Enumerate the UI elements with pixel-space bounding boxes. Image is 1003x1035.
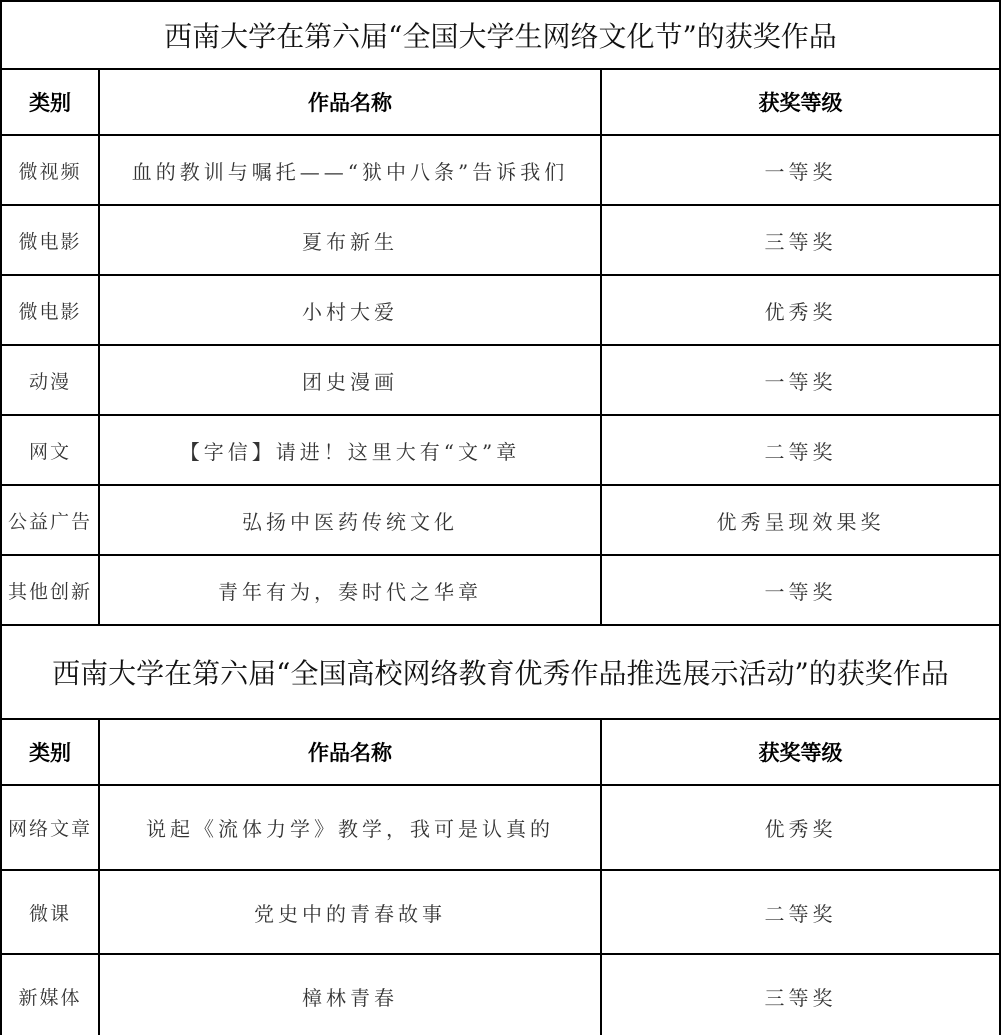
- cell-work: 樟林青春: [100, 955, 602, 1035]
- cell-award: 优秀奖: [602, 276, 999, 344]
- cell-work: 血的教训与嘱托——“狱中八条”告诉我们: [100, 136, 602, 204]
- cell-work: 团史漫画: [100, 346, 602, 414]
- section2-title-row: 西南大学在第六届“全国高校网络教育优秀作品推选展示活动”的获奖作品: [0, 624, 1001, 718]
- cell-work: 说起《流体力学》教学，我可是认真的: [100, 786, 602, 869]
- table-row: 动漫 团史漫画 一等奖: [0, 344, 1001, 414]
- cell-category: 动漫: [2, 346, 100, 414]
- cell-award: 三等奖: [602, 955, 999, 1035]
- cell-category: 网络文章: [2, 786, 100, 869]
- awards-document: 西南大学在第六届“全国大学生网络文化节”的获奖作品 类别 作品名称 获奖等级 微…: [0, 0, 1003, 1035]
- cell-award: 优秀奖: [602, 786, 999, 869]
- cell-award: 三等奖: [602, 206, 999, 274]
- cell-work: 弘扬中医药传统文化: [100, 486, 602, 554]
- section1-title: 西南大学在第六届“全国大学生网络文化节”的获奖作品: [164, 15, 837, 55]
- cell-category: 微电影: [2, 276, 100, 344]
- cell-award: 二等奖: [602, 871, 999, 953]
- header-work: 作品名称: [100, 720, 602, 784]
- cell-award: 一等奖: [602, 346, 999, 414]
- cell-category: 网文: [2, 416, 100, 484]
- section1-header-row: 类别 作品名称 获奖等级: [0, 68, 1001, 134]
- section1-title-row: 西南大学在第六届“全国大学生网络文化节”的获奖作品: [0, 0, 1001, 68]
- table-row: 网络文章 说起《流体力学》教学，我可是认真的 优秀奖: [0, 784, 1001, 869]
- cell-award: 一等奖: [602, 556, 999, 624]
- cell-award: 二等奖: [602, 416, 999, 484]
- table-row: 微电影 夏布新生 三等奖: [0, 204, 1001, 274]
- cell-award: 优秀呈现效果奖: [602, 486, 999, 554]
- cell-category: 其他创新: [2, 556, 100, 624]
- cell-work: 夏布新生: [100, 206, 602, 274]
- table-row: 其他创新 青年有为，奏时代之华章 一等奖: [0, 554, 1001, 624]
- cell-work: 小村大爱: [100, 276, 602, 344]
- cell-award: 一等奖: [602, 136, 999, 204]
- table-row: 微电影 小村大爱 优秀奖: [0, 274, 1001, 344]
- table-row: 新媒体 樟林青春 三等奖: [0, 953, 1001, 1035]
- table-row: 网文 【字信】请进！这里大有“文”章 二等奖: [0, 414, 1001, 484]
- cell-category: 微电影: [2, 206, 100, 274]
- header-category: 类别: [2, 720, 100, 784]
- table-row: 微视频 血的教训与嘱托——“狱中八条”告诉我们 一等奖: [0, 134, 1001, 204]
- section2-header-row: 类别 作品名称 获奖等级: [0, 718, 1001, 784]
- header-category: 类别: [2, 70, 100, 134]
- header-award: 获奖等级: [602, 70, 999, 134]
- cell-category: 公益广告: [2, 486, 100, 554]
- cell-work: 青年有为，奏时代之华章: [100, 556, 602, 624]
- cell-category: 微视频: [2, 136, 100, 204]
- cell-category: 微课: [2, 871, 100, 953]
- section2-title: 西南大学在第六届“全国高校网络教育优秀作品推选展示活动”的获奖作品: [52, 652, 949, 692]
- header-work: 作品名称: [100, 70, 602, 134]
- cell-category: 新媒体: [2, 955, 100, 1035]
- cell-work: 【字信】请进！这里大有“文”章: [100, 416, 602, 484]
- cell-work: 党史中的青春故事: [100, 871, 602, 953]
- header-award: 获奖等级: [602, 720, 999, 784]
- table-row: 公益广告 弘扬中医药传统文化 优秀呈现效果奖: [0, 484, 1001, 554]
- table-row: 微课 党史中的青春故事 二等奖: [0, 869, 1001, 953]
